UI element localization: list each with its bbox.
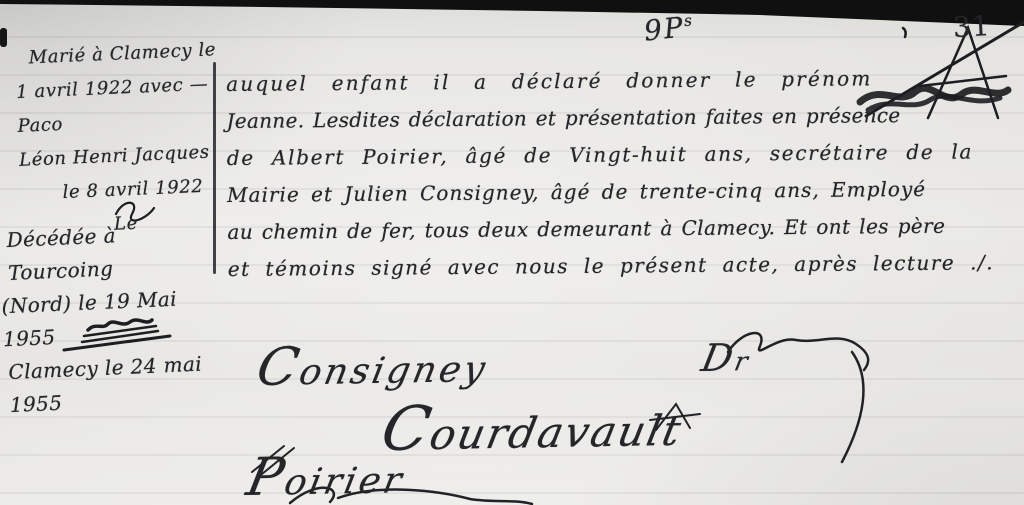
margin-marriage-note: Marié à Clamecy le 1 avril 1922 avec — P… (14, 33, 238, 246)
marriage-note-line: 1 avril 1922 avec — Paco (15, 67, 233, 144)
death-note-line: Décédée à Tourcoing (6, 215, 224, 290)
page-number: 31 (952, 9, 991, 44)
tally-mark-sup: s (683, 11, 695, 30)
tally-mark-main: 9P (642, 10, 686, 47)
scan-top-edge-shadow (0, 0, 1024, 26)
register-tally-mark: 9Ps (642, 9, 696, 47)
signature-poirier: Poirier (242, 445, 411, 505)
signature-courdavault: Courdavault (376, 389, 690, 465)
death-note-line: (Nord) le 19 Mai 1955 (1, 281, 227, 357)
death-note-line: Clamecy le 24 mai 1955 (8, 346, 230, 421)
signature-consigney: Consigney (252, 334, 494, 398)
stray-ink-tick (903, 28, 906, 37)
signature-officer-dr: Dr (698, 335, 755, 380)
margin-death-note: Décédée à Tourcoing (Nord) le 19 Mai 195… (6, 215, 229, 422)
act-body-text: auquel enfant il a déclaré donner le pré… (226, 59, 1024, 288)
register-page-scan: 9Ps 31 Marié à Clamecy le 1 avril 1922 a… (0, 0, 1024, 505)
act-body-line: et témoins signé avec nous le présent ac… (228, 244, 1024, 288)
scan-left-edge-mark (0, 28, 7, 47)
